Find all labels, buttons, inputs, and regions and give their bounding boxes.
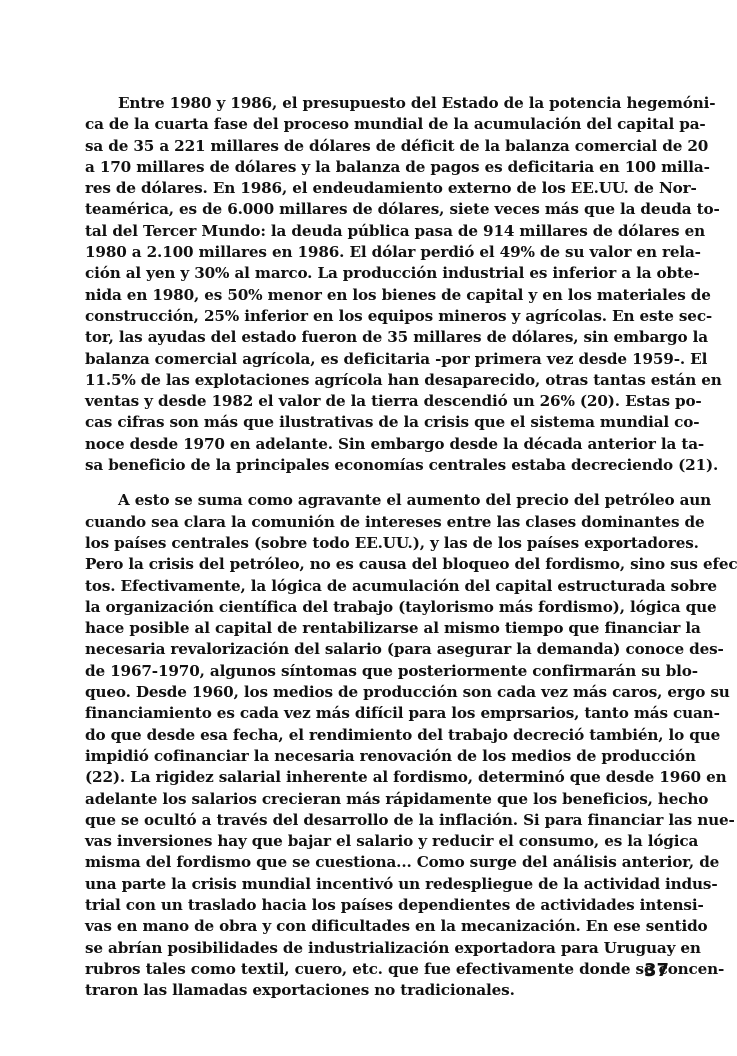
text-line: vas inversiones hay que bajar el salario…: [85, 831, 673, 852]
text-line: la organización científica del trabajo (…: [85, 597, 673, 618]
text-line: res de dólares. En 1986, el endeudamient…: [85, 178, 673, 199]
text-line: tor, las ayudas del estado fueron de 35 …: [85, 327, 673, 348]
text-line: Pero la crisis del petróleo, no es causa…: [85, 554, 673, 575]
text-line: que se ocultó a través del desarrollo de…: [85, 810, 673, 831]
document-page: Entre 1980 y 1986, el presupuesto del Es…: [0, 0, 737, 1056]
text-line: sa de 35 a 221 millares de dólares de dé…: [85, 136, 673, 157]
text-line: balanza comercial agrícola, es deficitar…: [85, 349, 673, 370]
text-line: los países centrales (sobre todo EE.UU.)…: [85, 533, 673, 554]
page-number: 37: [644, 960, 669, 982]
text-line: se abrían posibilidades de industrializa…: [85, 938, 673, 959]
text-line: A esto se suma como agravante el aumento…: [85, 490, 673, 511]
text-line: misma del fordismo que se cuestiona... C…: [85, 852, 673, 873]
text-line: sa beneficio de la principales economías…: [85, 455, 673, 476]
text-line: rubros tales como textil, cuero, etc. qu…: [85, 959, 673, 980]
paragraph-1: Entre 1980 y 1986, el presupuesto del Es…: [85, 93, 673, 476]
text-line: vas en mano de obra y con dificultades e…: [85, 916, 673, 937]
text-line: 1980 a 2.100 millares en 1986. El dólar …: [85, 242, 673, 263]
text-line: tal del Tercer Mundo: la deuda pública p…: [85, 221, 673, 242]
text-line: hace posible al capital de rentabilizars…: [85, 618, 673, 639]
body-text: Entre 1980 y 1986, el presupuesto del Es…: [85, 93, 673, 1001]
text-line: do que desde esa fecha, el rendimiento d…: [85, 725, 673, 746]
text-line: Entre 1980 y 1986, el presupuesto del Es…: [85, 93, 673, 114]
text-line: noce desde 1970 en adelante. Sin embargo…: [85, 434, 673, 455]
paragraph-spacer: [85, 476, 673, 490]
text-line: una parte la crisis mundial incentivó un…: [85, 874, 673, 895]
text-line: trial con un traslado hacia los países d…: [85, 895, 673, 916]
text-line: traron las llamadas exportaciones no tra…: [85, 980, 673, 1001]
paragraph-2: A esto se suma como agravante el aumento…: [85, 490, 673, 1001]
text-line: ción al yen y 30% al marco. La producció…: [85, 263, 673, 284]
text-line: de 1967-1970, algunos síntomas que poste…: [85, 661, 673, 682]
text-line: financiamiento es cada vez más difícil p…: [85, 703, 673, 724]
text-line: impidió cofinanciar la necesaria renovac…: [85, 746, 673, 767]
text-line: ca de la cuarta fase del proceso mundial…: [85, 114, 673, 135]
text-line: ventas y desde 1982 el valor de la tierr…: [85, 391, 673, 412]
text-line: a 170 millares de dólares y la balanza d…: [85, 157, 673, 178]
text-line: (22). La rigidez salarial inherente al f…: [85, 767, 673, 788]
text-line: teamérica, es de 6.000 millares de dólar…: [85, 199, 673, 220]
text-line: tos. Efectivamente, la lógica de acumula…: [85, 576, 673, 597]
text-line: construcción, 25% inferior en los equipo…: [85, 306, 673, 327]
text-line: 11.5% de las explotaciones agrícola han …: [85, 370, 673, 391]
text-line: adelante los salarios crecieran más rápi…: [85, 789, 673, 810]
text-line: cuando sea clara la comunión de interese…: [85, 512, 673, 533]
text-line: nida en 1980, es 50% menor en los bienes…: [85, 285, 673, 306]
text-line: cas cifras son más que ilustrativas de l…: [85, 412, 673, 433]
text-line: queo. Desde 1960, los medios de producci…: [85, 682, 673, 703]
text-line: necesaria revalorización del salario (pa…: [85, 639, 673, 660]
